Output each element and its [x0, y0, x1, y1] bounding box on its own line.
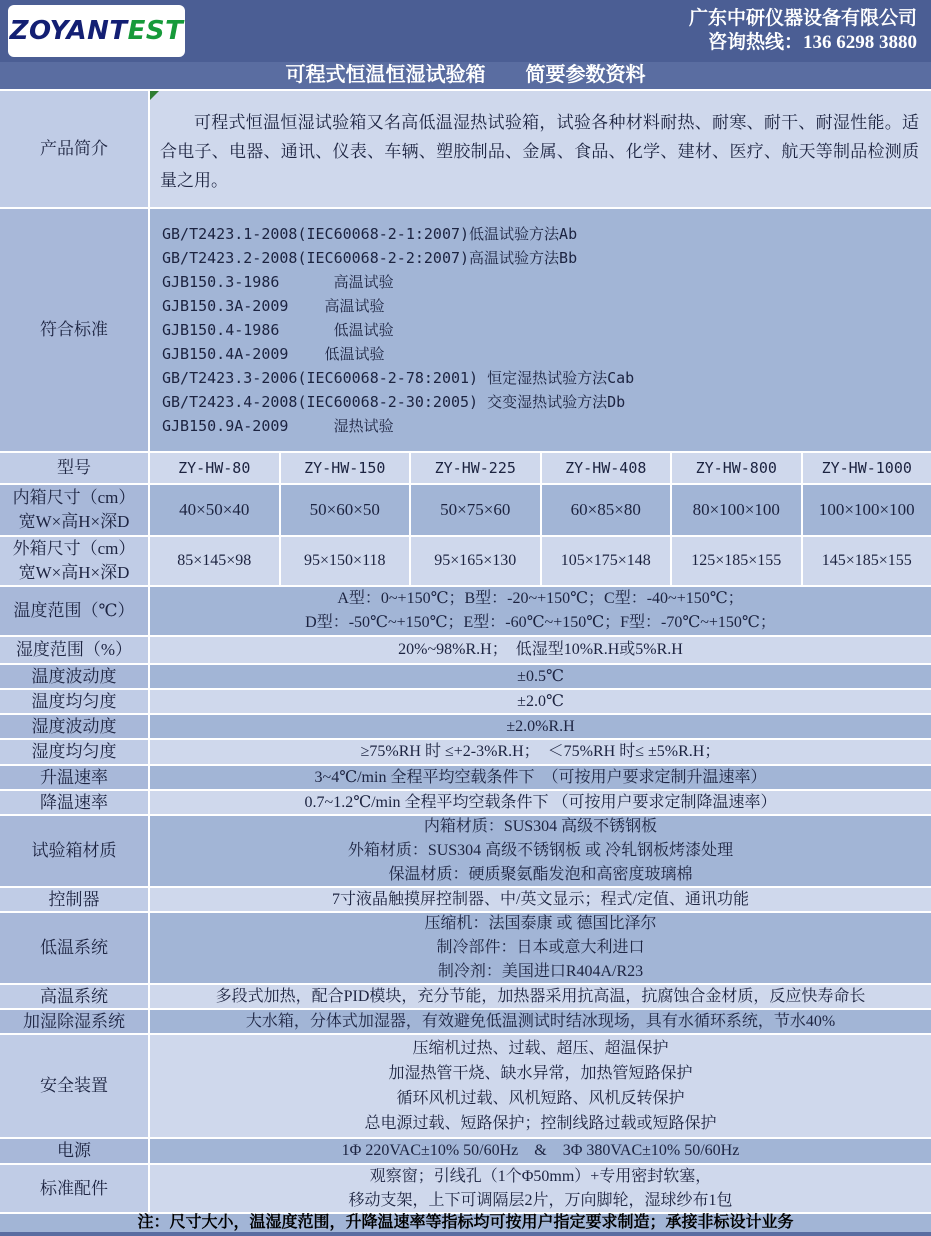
inner-size-cell: 80×100×100 — [670, 485, 801, 535]
row-controller: 控制器 7寸液晶触摸屏控制器、中/英文显示；程式/定值、通讯功能 — [0, 888, 931, 913]
row-heating-rate: 升温速率 3~4℃/min 全程平均空载条件下 （可按用户要求定制升温速率） — [0, 766, 931, 791]
value-line: 大水箱，分体式加湿器，有效避免低温测试时结冰现场，具有水循环系统，节水40% — [246, 1010, 835, 1034]
top-banner: ZOYANTEST 广东中研仪器设备有限公司 咨询热线：136 6298 388… — [0, 0, 931, 62]
row-value: 压缩机：法国泰康 或 德国比泽尔 制冷部件：日本或意大利进口 制冷剂：美国进口R… — [150, 913, 931, 983]
logo-wordmark: ZOYANTEST — [10, 16, 184, 46]
row-value: 0.7~1.2℃/min 全程平均空载条件下 （可按用户要求定制降温速率） — [150, 791, 931, 814]
value-line: 7寸液晶触摸屏控制器、中/英文显示；程式/定值、通讯功能 — [332, 888, 749, 912]
value-line: 移动支架，上下可调隔层2片，万向脚轮，湿球纱布1包 — [348, 1189, 732, 1213]
row-safety-devices: 安全装置 压缩机过热、过载、超压、超温保护 加湿热管干烧、缺水异常，加热管短路保… — [0, 1035, 931, 1139]
logo-part-green: EST — [128, 16, 184, 46]
row-standards: 符合标准 GB/T2423.1-2008(IEC60068-2-1:2007)低… — [0, 209, 931, 453]
row-value: 压缩机过热、过载、超压、超温保护 加湿热管干烧、缺水异常，加热管短路保护 循环风… — [150, 1035, 931, 1137]
row-value: 3~4℃/min 全程平均空载条件下 （可按用户要求定制升温速率） — [150, 766, 931, 789]
row-label: 控制器 — [0, 888, 150, 911]
value-line: ≥75%RH 时 ≤+2-3%R.H； ＜75%RH 时≤ ±5%R.H； — [361, 740, 721, 764]
standard-line: GJB150.3-1986 高温试验 — [162, 270, 394, 294]
row-value: A型：0~+150℃；B型：-20~+150℃；C型：-40~+150℃； D型… — [150, 587, 931, 635]
row-value: 1Φ 220VAC±10% 50/60Hz & 3Φ 380VAC±10% 50… — [150, 1139, 931, 1163]
row-temp-range: 温度范围（℃） A型：0~+150℃；B型：-20~+150℃；C型：-40~+… — [0, 587, 931, 637]
row-label: 低温系统 — [0, 913, 150, 983]
model-cell: ZY-HW-80 — [150, 453, 279, 483]
row-standard-accessories: 标准配件 观察窗；引线孔（1个Φ50mm）+专用密封软塞， 移动支架，上下可调隔… — [0, 1165, 931, 1214]
inner-size-cell: 60×85×80 — [540, 485, 671, 535]
row-inner-size: 内箱尺寸（cm） 宽W×高H×深D 40×50×40 50×60×50 50×7… — [0, 485, 931, 537]
standard-line: GJB150.3A-2009 高温试验 — [162, 294, 385, 318]
standard-line: GB/T2423.4-2008(IEC60068-2-30:2005) 交变湿热… — [162, 390, 625, 414]
row-label: 内箱尺寸（cm） 宽W×高H×深D — [0, 485, 150, 535]
row-value: 可程式恒温恒湿试验箱又名高低温湿热试验箱，试验各种材料耐热、耐寒、耐干、耐湿性能… — [150, 91, 931, 207]
standard-line: GJB150.4-1986 低温试验 — [162, 318, 394, 342]
outer-size-cell: 125×185×155 — [670, 537, 801, 585]
row-label: 试验箱材质 — [0, 816, 150, 886]
hotline-number: 咨询热线：136 6298 3880 — [689, 31, 917, 55]
row-value: ±0.5℃ — [150, 665, 931, 688]
inner-size-cell: 50×60×50 — [279, 485, 410, 535]
row-humidity-uniformity: 湿度均匀度 ≥75%RH 时 ≤+2-3%R.H； ＜75%RH 时≤ ±5%R… — [0, 740, 931, 766]
value-line: 内箱材质：SUS304 高级不锈钢板 — [424, 815, 657, 839]
row-label: 温度波动度 — [0, 665, 150, 688]
model-cell: ZY-HW-150 — [279, 453, 410, 483]
value-line: 循环风机过载、风机短路、风机反转保护 — [396, 1086, 684, 1111]
spec-sheet-page: ZOYANTEST 广东中研仪器设备有限公司 咨询热线：136 6298 388… — [0, 0, 931, 1236]
row-humidity-fluctuation: 湿度波动度 ±2.0%R.H — [0, 715, 931, 740]
outer-size-cell: 105×175×148 — [540, 537, 671, 585]
row-power-supply: 电源 1Φ 220VAC±10% 50/60Hz & 3Φ 380VAC±10%… — [0, 1139, 931, 1165]
value-line: 保温材质：硬质聚氨酯发泡和高密度玻璃棉 — [388, 863, 692, 887]
row-label: 高温系统 — [0, 985, 150, 1008]
value-line: 20%~98%R.H； 低湿型10%R.H或5%R.H — [398, 638, 683, 662]
model-cell: ZY-HW-408 — [540, 453, 671, 483]
row-label: 湿度范围（%） — [0, 637, 150, 663]
standard-line: GB/T2423.2-2008(IEC60068-2-2:2007)高温试验方法… — [162, 246, 577, 270]
outer-size-cell: 85×145×98 — [150, 537, 279, 585]
intro-text: 可程式恒温恒湿试验箱又名高低温湿热试验箱，试验各种材料耐热、耐寒、耐干、耐湿性能… — [150, 104, 931, 195]
row-value: 7寸液晶触摸屏控制器、中/英文显示；程式/定值、通讯功能 — [150, 888, 931, 911]
row-outer-size: 外箱尺寸（cm） 宽W×高H×深D 85×145×98 95×150×118 9… — [0, 537, 931, 587]
value-line: 观察窗；引线孔（1个Φ50mm）+专用密封软塞， — [370, 1165, 712, 1189]
inner-size-label-line1: 内箱尺寸（cm） — [13, 486, 136, 510]
row-cooling-rate: 降温速率 0.7~1.2℃/min 全程平均空载条件下 （可按用户要求定制降温速… — [0, 791, 931, 816]
row-label: 湿度均匀度 — [0, 740, 150, 764]
inner-size-label-line2: 宽W×高H×深D — [19, 510, 130, 534]
outer-size-label-line2: 宽W×高H×深D — [19, 561, 130, 585]
value-line: ±2.0℃ — [517, 690, 564, 714]
row-value: ±2.0℃ — [150, 690, 931, 713]
row-label: 温度范围（℃） — [0, 587, 150, 635]
row-humidity-range: 湿度范围（%） 20%~98%R.H； 低湿型10%R.H或5%R.H — [0, 637, 931, 665]
company-logo: ZOYANTEST — [8, 5, 185, 57]
row-label: 温度均匀度 — [0, 690, 150, 713]
company-name: 广东中研仪器设备有限公司 — [689, 7, 917, 31]
row-models: 型号 ZY-HW-80 ZY-HW-150 ZY-HW-225 ZY-HW-40… — [0, 453, 931, 485]
inner-size-cell: 50×75×60 — [409, 485, 540, 535]
row-label: 外箱尺寸（cm） 宽W×高H×深D — [0, 537, 150, 585]
value-line: 3~4℃/min 全程平均空载条件下 （可按用户要求定制升温速率） — [315, 766, 767, 790]
outer-size-label-line1: 外箱尺寸（cm） — [13, 537, 136, 561]
row-label: 标准配件 — [0, 1165, 150, 1212]
banner-contact-block: 广东中研仪器设备有限公司 咨询热线：136 6298 3880 — [689, 0, 931, 55]
row-label: 湿度波动度 — [0, 715, 150, 738]
outer-size-cell: 95×150×118 — [279, 537, 410, 585]
outer-size-cell: 95×165×130 — [409, 537, 540, 585]
row-label: 升温速率 — [0, 766, 150, 789]
row-value: 观察窗；引线孔（1个Φ50mm）+专用密封软塞， 移动支架，上下可调隔层2片，万… — [150, 1165, 931, 1212]
value-line: A型：0~+150℃；B型：-20~+150℃；C型：-40~+150℃； — [337, 587, 743, 611]
value-line: 压缩机过热、过载、超压、超温保护 — [412, 1036, 668, 1061]
row-label: 安全装置 — [0, 1035, 150, 1137]
row-label: 产品简介 — [0, 91, 150, 207]
value-line: 制冷部件：日本或意大利进口 — [436, 936, 644, 960]
value-line: 0.7~1.2℃/min 全程平均空载条件下 （可按用户要求定制降温速率） — [305, 791, 777, 815]
value-line: 外箱材质：SUS304 高级不锈钢板 或 冷轧钢板烤漆处理 — [348, 839, 733, 863]
model-cell: ZY-HW-800 — [670, 453, 801, 483]
row-temp-uniformity: 温度均匀度 ±2.0℃ — [0, 690, 931, 715]
row-value: ≥75%RH 时 ≤+2-3%R.H； ＜75%RH 时≤ ±5%R.H； — [150, 740, 931, 764]
value-line: D型：-50℃~+150℃；E型：-60℃~+150℃；F型：-70℃~+150… — [305, 611, 776, 635]
row-label: 符合标准 — [0, 209, 150, 451]
value-line: 1Φ 220VAC±10% 50/60Hz & 3Φ 380VAC±10% 50… — [342, 1139, 740, 1163]
value-line: ±0.5℃ — [517, 665, 564, 689]
standard-line: GJB150.9A-2009 湿热试验 — [162, 414, 394, 438]
spec-table: 产品简介 可程式恒温恒湿试验箱又名高低温湿热试验箱，试验各种材料耐热、耐寒、耐干… — [0, 89, 931, 1214]
model-grid: ZY-HW-80 ZY-HW-150 ZY-HW-225 ZY-HW-408 Z… — [150, 453, 931, 483]
cell-corner-marker-icon — [150, 91, 159, 100]
value-line: 总电源过载、短路保护；控制线路过载或短路保护 — [364, 1111, 716, 1136]
outer-size-grid: 85×145×98 95×150×118 95×165×130 105×175×… — [150, 537, 931, 585]
inner-size-cell: 100×100×100 — [801, 485, 931, 535]
value-line: ±2.0%R.H — [506, 715, 574, 739]
value-line: 加湿热管干烧、缺水异常，加热管短路保护 — [388, 1061, 692, 1086]
value-line: 制冷剂：美国进口R404A/R23 — [438, 960, 643, 984]
row-value: GB/T2423.1-2008(IEC60068-2-1:2007)低温试验方法… — [150, 209, 931, 451]
standard-line: GB/T2423.3-2006(IEC60068-2-78:2001) 恒定湿热… — [162, 366, 634, 390]
row-cooling-system: 低温系统 压缩机：法国泰康 或 德国比泽尔 制冷部件：日本或意大利进口 制冷剂：… — [0, 913, 931, 985]
row-humidify-system: 加湿除湿系统 大水箱，分体式加湿器，有效避免低温测试时结冰现场，具有水循环系统，… — [0, 1010, 931, 1035]
value-line: 多段式加热，配合PID模块，充分节能，加热器采用抗高温，抗腐蚀合金材质，反应快寿… — [216, 985, 866, 1009]
row-value: 20%~98%R.H； 低湿型10%R.H或5%R.H — [150, 637, 931, 663]
row-value: ±2.0%R.H — [150, 715, 931, 738]
value-line: 压缩机：法国泰康 或 德国比泽尔 — [424, 912, 656, 936]
row-label: 电源 — [0, 1139, 150, 1163]
bottom-strip — [0, 1232, 931, 1236]
page-title: 可程式恒温恒湿试验箱 简要参数资料 — [0, 62, 931, 89]
standard-line: GJB150.4A-2009 低温试验 — [162, 342, 385, 366]
row-product-intro: 产品简介 可程式恒温恒湿试验箱又名高低温湿热试验箱，试验各种材料耐热、耐寒、耐干… — [0, 91, 931, 209]
model-cell: ZY-HW-1000 — [801, 453, 931, 483]
row-temp-fluctuation: 温度波动度 ±0.5℃ — [0, 665, 931, 690]
row-label: 加湿除湿系统 — [0, 1010, 150, 1033]
standard-line: GB/T2423.1-2008(IEC60068-2-1:2007)低温试验方法… — [162, 222, 577, 246]
row-chamber-material: 试验箱材质 内箱材质：SUS304 高级不锈钢板 外箱材质：SUS304 高级不… — [0, 816, 931, 888]
row-heating-system: 高温系统 多段式加热，配合PID模块，充分节能，加热器采用抗高温，抗腐蚀合金材质… — [0, 985, 931, 1010]
row-label: 型号 — [0, 453, 150, 483]
row-label: 降温速率 — [0, 791, 150, 814]
row-value: 多段式加热，配合PID模块，充分节能，加热器采用抗高温，抗腐蚀合金材质，反应快寿… — [150, 985, 931, 1008]
inner-size-grid: 40×50×40 50×60×50 50×75×60 60×85×80 80×1… — [150, 485, 931, 535]
outer-size-cell: 145×185×155 — [801, 537, 931, 585]
model-cell: ZY-HW-225 — [409, 453, 540, 483]
row-value: 大水箱，分体式加湿器，有效避免低温测试时结冰现场，具有水循环系统，节水40% — [150, 1010, 931, 1033]
inner-size-cell: 40×50×40 — [150, 485, 279, 535]
row-value: 内箱材质：SUS304 高级不锈钢板 外箱材质：SUS304 高级不锈钢板 或 … — [150, 816, 931, 886]
footer-note: 注：尺寸大小，温湿度范围，升降温速率等指标均可按用户指定要求制造；承接非标设计业… — [0, 1214, 931, 1232]
logo-part-navy: ZOYANT — [10, 16, 128, 46]
